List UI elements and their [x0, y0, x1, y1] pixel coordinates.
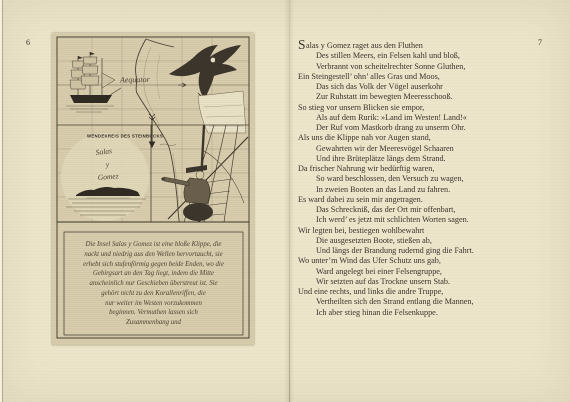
poem-line: In zweien Booten an das Land zu fahren. — [316, 185, 528, 195]
poem-line: Des stillen Meers, ein Felsen kahl und b… — [316, 51, 528, 61]
poem-line: Verbrannt von scheitelrechter Sonne Glut… — [316, 62, 528, 72]
poem-line: Ich werd’ es jetzt mit schlichten Worten… — [316, 215, 528, 225]
caption-line: nackt und niedrig aus den Wellen hervort… — [84, 250, 222, 260]
poem-line: Der Ruf vom Mastkorb drang zu unserm Ohr… — [316, 123, 528, 133]
poem-line: Zur Ruhstatt im bewegten Meeresschooß. — [316, 92, 528, 102]
poem-line: Wir legten bei, bestiegen wohlbewahrt — [298, 226, 528, 236]
poem: Salas y Gomez raget aus den FluthenDes s… — [298, 37, 528, 318]
plate-caption: Die Insel Salas y Gomez ist eine bloße K… — [64, 234, 243, 334]
caption-line: anscheinlich nur Geschieben überstreut i… — [89, 279, 217, 289]
map-label-tropic: WENDEKREIS DES STEINBOCKS — [87, 134, 163, 139]
poem-line: Das sich das Volk der Vögel auserkohr — [316, 82, 528, 92]
poem-line: Da frischer Nahrung wir bedürftig waren, — [298, 164, 528, 174]
caption-line: gehört nicht zu den Korallenriffen, die — [101, 289, 206, 299]
poem-line: Und ihre Brüteplätze längs dem Strand. — [316, 154, 528, 164]
drop-cap: S — [298, 38, 306, 52]
caption-line: Zusammenhang und — [126, 318, 181, 328]
caption-line: Gebirgsart an den Tag liegt, indem die M… — [93, 269, 214, 279]
poem-line: Ich aber stieg hinan die Felsenkuppe. — [316, 308, 528, 318]
poem-line: Wo unter’m Wind das Ufer Schutz uns gab, — [298, 256, 528, 266]
poem-line: Das Schreckniß, das der Ort mir offenbar… — [316, 205, 528, 215]
poem-line: Ward angelegt bei einer Felsengruppe, — [316, 267, 528, 277]
map-label-aequator: Aequator — [119, 75, 151, 85]
poem-line: Es ward dabei zu sein mir angetragen. — [298, 195, 528, 205]
poem-line: Als uns die Klippe nah vor Augen stand, — [298, 133, 528, 143]
poem-line: Vertheilten sich den Strand entlang die … — [316, 297, 528, 307]
poem-line: Und längs der Brandung rudernd ging die … — [316, 246, 528, 256]
poem-line: So ward beschlossen, den Versuch zu wage… — [316, 174, 528, 184]
caption-line: beginnen. Vermuthen lassen sich — [109, 308, 198, 318]
poem-line: Als auf dem Rurik: »Land im Westen! Land… — [316, 113, 528, 123]
page-edge-line — [2, 0, 3, 402]
gutter-line — [289, 0, 290, 402]
page-number-right: 7 — [538, 38, 542, 47]
plate-illustration: Aequator — [52, 33, 254, 345]
page-number-left: 6 — [26, 38, 30, 47]
poem-line: So stieg vor unsern Blicken sie empor, — [298, 103, 528, 113]
map-label-island-3: Gomez — [97, 171, 119, 182]
eagle-illustration — [169, 45, 246, 133]
poem-line: Wir setzten auf das Trockne unsern Stab. — [316, 277, 528, 287]
book-spread: 6 — [0, 0, 570, 402]
caption-line: erhebt sich stufenförmig gegen beide End… — [83, 260, 224, 270]
poem-line: Salas y Gomez raget aus den Fluthen — [298, 37, 528, 51]
caption-line: Die Insel Salas y Gomez ist eine bloße K… — [86, 240, 222, 250]
cliff-rock — [198, 91, 246, 133]
caption-line: nur weiter im Westen vorzukommen — [105, 299, 202, 309]
dart-marker — [149, 114, 155, 147]
poem-line: Ein Steingestell’ ohn’ alles Gras und Mo… — [298, 72, 528, 82]
poem-line: Die ausgesetzten Boote, stießen ab, — [316, 236, 528, 246]
poem-line: Und eine rechts, und links die andre Tru… — [298, 287, 528, 297]
poem-line: Gewahrten wir der Meeresvögel Schaaren — [316, 144, 528, 154]
